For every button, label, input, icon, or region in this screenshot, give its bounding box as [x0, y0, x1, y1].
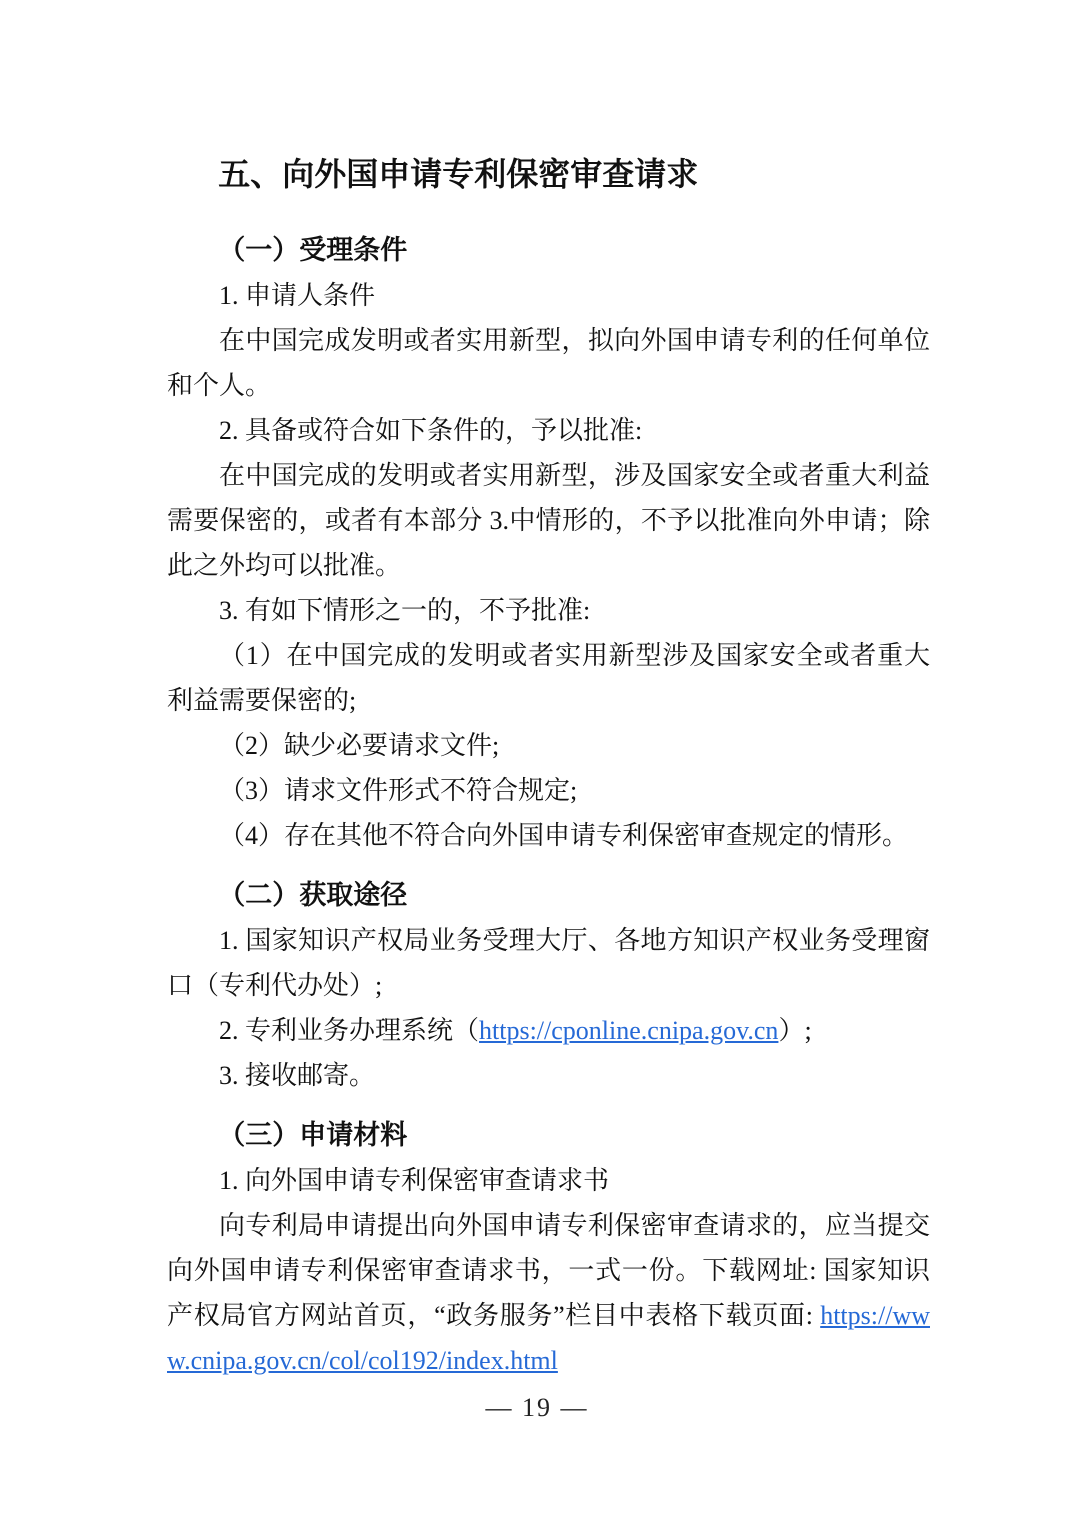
section-heading-acceptance-conditions: （一）受理条件 [167, 228, 930, 273]
document-body: 五、向外国申请专利保密审查请求 （一）受理条件 1. 申请人条件 在中国完成发明… [0, 0, 1074, 1383]
paragraph-channel-3: 3. 接收邮寄。 [167, 1053, 930, 1098]
paragraph-applicant-condition-body: 在中国完成发明或者实用新型，拟向外国申请专利的任何单位和个人。 [167, 318, 930, 408]
text-segment: 2. 专利业务办理系统（ [219, 1016, 479, 1045]
paragraph-rejection-case-1: （1）在中国完成的发明或者实用新型涉及国家安全或者重大利益需要保密的; [167, 633, 930, 723]
paragraph-channel-1: 1. 国家知识产权局业务受理大厅、各地方知识产权业务受理窗口（专利代办处）; [167, 918, 930, 1008]
paragraph-applicant-condition-label: 1. 申请人条件 [167, 273, 930, 318]
page: 五、向外国申请专利保密审查请求 （一）受理条件 1. 申请人条件 在中国完成发明… [0, 0, 1074, 1520]
paragraph-material-1-body: 向专利局申请提出向外国申请专利保密审查请求的，应当提交向外国申请专利保密审查请求… [167, 1203, 930, 1383]
paragraph-rejection-case-4: （4）存在其他不符合向外国申请专利保密审查规定的情形。 [167, 813, 930, 858]
paragraph-rejection-case-3: （3）请求文件形式不符合规定; [167, 768, 930, 813]
paragraph-approval-condition-label: 2. 具备或符合如下条件的，予以批准: [167, 408, 930, 453]
text-segment: 向专利局申请提出向外国申请专利保密审查请求的，应当提交向外国申请专利保密审查请求… [167, 1211, 930, 1330]
paragraph-approval-condition-body: 在中国完成的发明或者实用新型，涉及国家安全或者重大利益需要保密的，或者有本部分 … [167, 453, 930, 588]
paragraph-material-1-label: 1. 向外国申请专利保密审查请求书 [167, 1158, 930, 1203]
section-heading-obtain-channels: （二）获取途径 [167, 873, 930, 918]
paragraph-rejection-cases-label: 3. 有如下情形之一的，不予批准: [167, 588, 930, 633]
paragraph-rejection-case-2: （2）缺少必要请求文件; [167, 723, 930, 768]
section-heading-application-materials: （三）申请材料 [167, 1113, 930, 1158]
document-title: 五、向外国申请专利保密审查请求 [167, 150, 930, 198]
cponline-system-link[interactable]: https://cponline.cnipa.gov.cn [479, 1016, 778, 1045]
page-number: — 19 — [0, 1385, 1074, 1430]
text-segment: ）; [778, 1016, 811, 1045]
paragraph-channel-2: 2. 专利业务办理系统（https://cponline.cnipa.gov.c… [167, 1008, 930, 1053]
